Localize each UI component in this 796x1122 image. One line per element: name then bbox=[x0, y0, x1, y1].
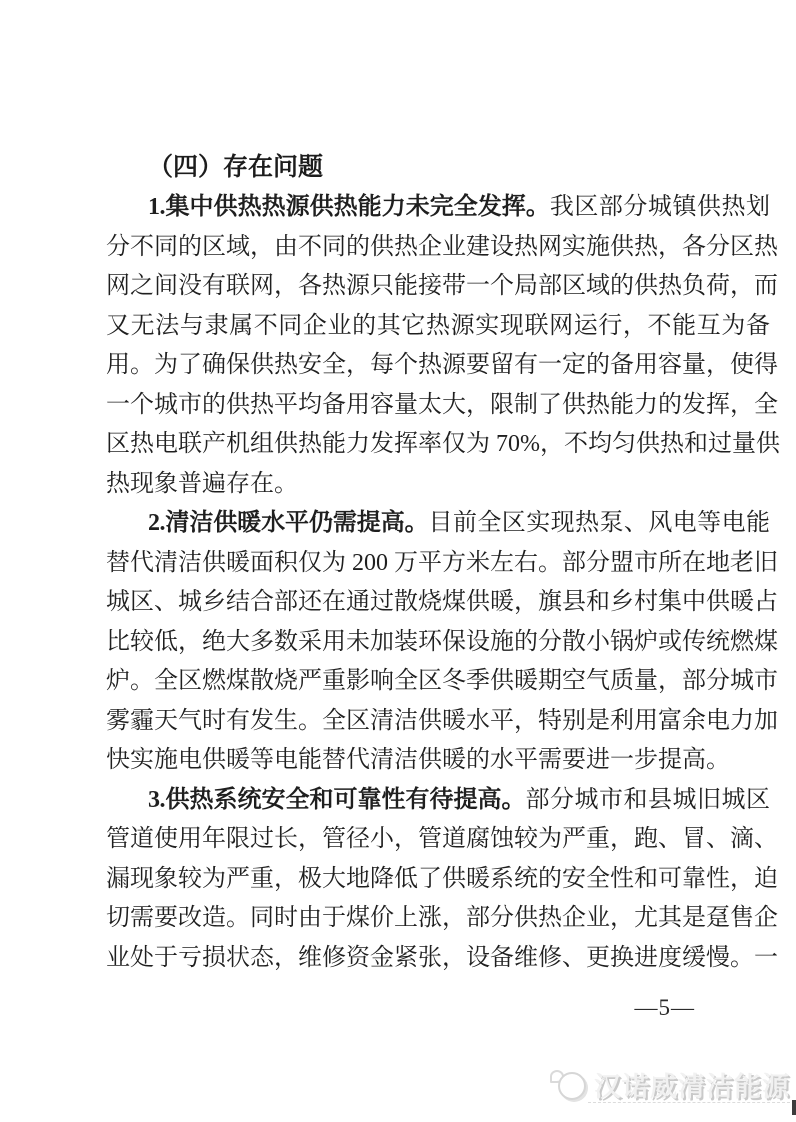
watermark-underline bbox=[588, 1102, 790, 1103]
paragraphs-container: 1.集中供热热源供热能力未完全发挥。我区部分城镇供热划分不同的区域，由不同的供热… bbox=[106, 188, 770, 978]
text-line: 3.供热系统安全和可靠性有待提高。部分城市和县城旧城区 bbox=[106, 781, 770, 821]
page-number: —5— bbox=[635, 995, 696, 1021]
document-body: （四）存在问题 1.集中供热热源供热能力未完全发挥。我区部分城镇供热划分不同的区… bbox=[106, 148, 770, 978]
text-line: 网之间没有联网，各热源只能接带一个局部区域的供热负荷，而 bbox=[106, 267, 770, 307]
text-line: 区热电联产机组供热能力发挥率仅为 70%，不均匀供热和过量供 bbox=[106, 425, 770, 465]
text-line: 快实施电供暖等电能替代清洁供暖的水平需要进一步提高。 bbox=[106, 741, 770, 781]
bold-lead-in: 1.集中供热热源供热能力未完全发挥。 bbox=[148, 194, 550, 220]
text-line: 1.集中供热热源供热能力未完全发挥。我区部分城镇供热划 bbox=[106, 188, 770, 228]
scan-edge-artifact bbox=[792, 1100, 796, 1115]
watermark-logo-icon bbox=[550, 1070, 586, 1100]
text-line: 2.清洁供暖水平仍需提高。目前全区实现热泵、风电等电能 bbox=[106, 504, 770, 544]
text-line: 又无法与隶属不同企业的其它热源实现联网运行，不能互为备 bbox=[106, 307, 770, 347]
watermark-text: 汉诺威清洁能源 bbox=[594, 1065, 790, 1104]
text-line: 城区、城乡结合部还在通过散烧煤供暖，旗县和乡村集中供暖占 bbox=[106, 583, 770, 623]
logo-large-circle bbox=[558, 1072, 586, 1100]
text-line: 业处于亏损状态，维修资金紧张，设备维修、更换进度缓慢。一 bbox=[106, 939, 770, 979]
text-line: 热现象普遍存在。 bbox=[106, 465, 770, 505]
text-line: 炉。全区燃煤散烧严重影响全区冬季供暖期空气质量，部分城市 bbox=[106, 662, 770, 702]
text-line: 切需要改造。同时由于煤价上涨，部分供热企业，尤其是趸售企 bbox=[106, 899, 770, 939]
text-line: 分不同的区域，由不同的供热企业建设热网实施供热，各分区热 bbox=[106, 228, 770, 268]
section-heading: （四）存在问题 bbox=[106, 148, 770, 188]
document-page: （四）存在问题 1.集中供热热源供热能力未完全发挥。我区部分城镇供热划分不同的区… bbox=[0, 0, 796, 1122]
text-line: 漏现象较为严重，极大地降低了供暖系统的安全性和可靠性，迫 bbox=[106, 860, 770, 900]
text-line: 用。为了确保供热安全，每个热源要留有一定的备用容量，使得 bbox=[106, 346, 770, 386]
watermark: 汉诺威清洁能源 bbox=[550, 1065, 790, 1104]
text-line: 比较低，绝大多数采用未加装环保设施的分散小锅炉或传统燃煤 bbox=[106, 623, 770, 663]
bold-lead-in: 2.清洁供暖水平仍需提高。 bbox=[148, 510, 429, 536]
text-line: 雾霾天气时有发生。全区清洁供暖水平，特别是利用富余电力加 bbox=[106, 702, 770, 742]
text-line: 替代清洁供暖面积仅为 200 万平方米左右。部分盟市所在地老旧 bbox=[106, 544, 770, 584]
text-line: 一个城市的供热平均备用容量太大，限制了供热能力的发挥，全 bbox=[106, 386, 770, 426]
text-line: 管道使用年限过长，管径小，管道腐蚀较为严重，跑、冒、滴、 bbox=[106, 820, 770, 860]
bold-lead-in: 3.供热系统安全和可靠性有待提高。 bbox=[148, 787, 526, 813]
